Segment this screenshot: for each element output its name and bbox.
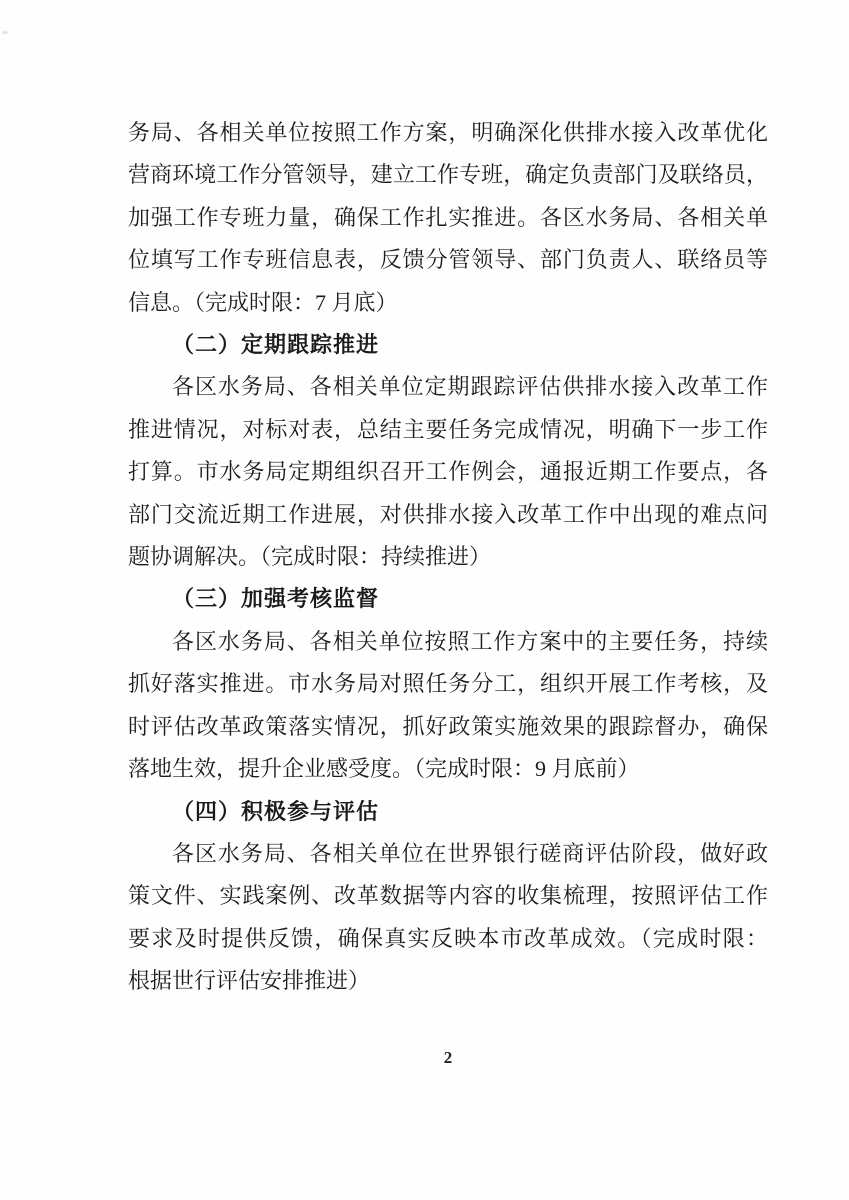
text-line: 部门交流近期工作进展，对供排水接入改革工作中出现的难点问 [128, 494, 768, 536]
page-number: 2 [128, 1048, 768, 1068]
text-line: 各区水务局、各相关单位按照工作方案中的主要任务，持续 [128, 621, 768, 663]
section-heading-2: （二）定期跟踪推进 [128, 324, 768, 366]
paragraph-4: 各区水务局、各相关单位在世界银行磋商评估阶段，做好政 策文件、实践案例、改革数据… [128, 833, 768, 1003]
text-line: 时评估改革政策落实情况，抓好政策实施效果的跟踪督办，确保 [128, 706, 768, 748]
text-line: 推进情况，对标对表，总结主要任务完成情况，明确下一步工作 [128, 409, 768, 451]
text-line: 加强工作专班力量，确保工作扎实推进。各区水务局、各相关单 [128, 197, 768, 239]
text-line: 要求及时提供反馈，确保真实反映本市改革成效。（完成时限： [128, 918, 768, 960]
document-body: 务局、各相关单位按照工作方案，明确深化供排水接入改革优化 营商环境工作分管领导，… [128, 112, 768, 1003]
text-line: 务局、各相关单位按照工作方案，明确深化供排水接入改革优化 [128, 112, 768, 154]
text-line: 落地生效，提升企业感受度。（完成时限：9 月底前） [128, 748, 768, 790]
text-line: 各区水务局、各相关单位在世界银行磋商评估阶段，做好政 [128, 833, 768, 875]
text-line: 信息。（完成时限：7 月底） [128, 282, 768, 324]
paragraph-3: 各区水务局、各相关单位按照工作方案中的主要任务，持续 抓好落实推进。市水务局对照… [128, 621, 768, 791]
text-line: 位填写工作专班信息表，反馈分管领导、部门负责人、联络员等 [128, 239, 768, 281]
text-line: 题协调解决。（完成时限：持续推进） [128, 536, 768, 578]
paragraph-2: 各区水务局、各相关单位定期跟踪评估供排水接入改革工作 推进情况，对标对表，总结主… [128, 366, 768, 578]
text-line: 营商环境工作分管领导，建立工作专班，确定负责部门及联络员， [128, 154, 768, 196]
text-line: 根据世行评估安排推进） [128, 960, 768, 1002]
text-line: 抓好落实推进。市水务局对照任务分工，组织开展工作考核，及 [128, 663, 768, 705]
paragraph-1: 务局、各相关单位按照工作方案，明确深化供排水接入改革优化 营商环境工作分管领导，… [128, 112, 768, 324]
text-line: 各区水务局、各相关单位定期跟踪评估供排水接入改革工作 [128, 366, 768, 408]
section-heading-3: （三）加强考核监督 [128, 578, 768, 620]
section-heading-4: （四）积极参与评估 [128, 791, 768, 833]
text-line: 策文件、实践案例、改革数据等内容的收集梳理，按照评估工作 [128, 875, 768, 917]
text-line: 打算。市水务局定期组织召开工作例会，通报近期工作要点，各 [128, 451, 768, 493]
document-page: 务局、各相关单位按照工作方案，明确深化供排水接入改革优化 营商环境工作分管领导，… [0, 0, 849, 1200]
scan-artifact [2, 31, 8, 34]
